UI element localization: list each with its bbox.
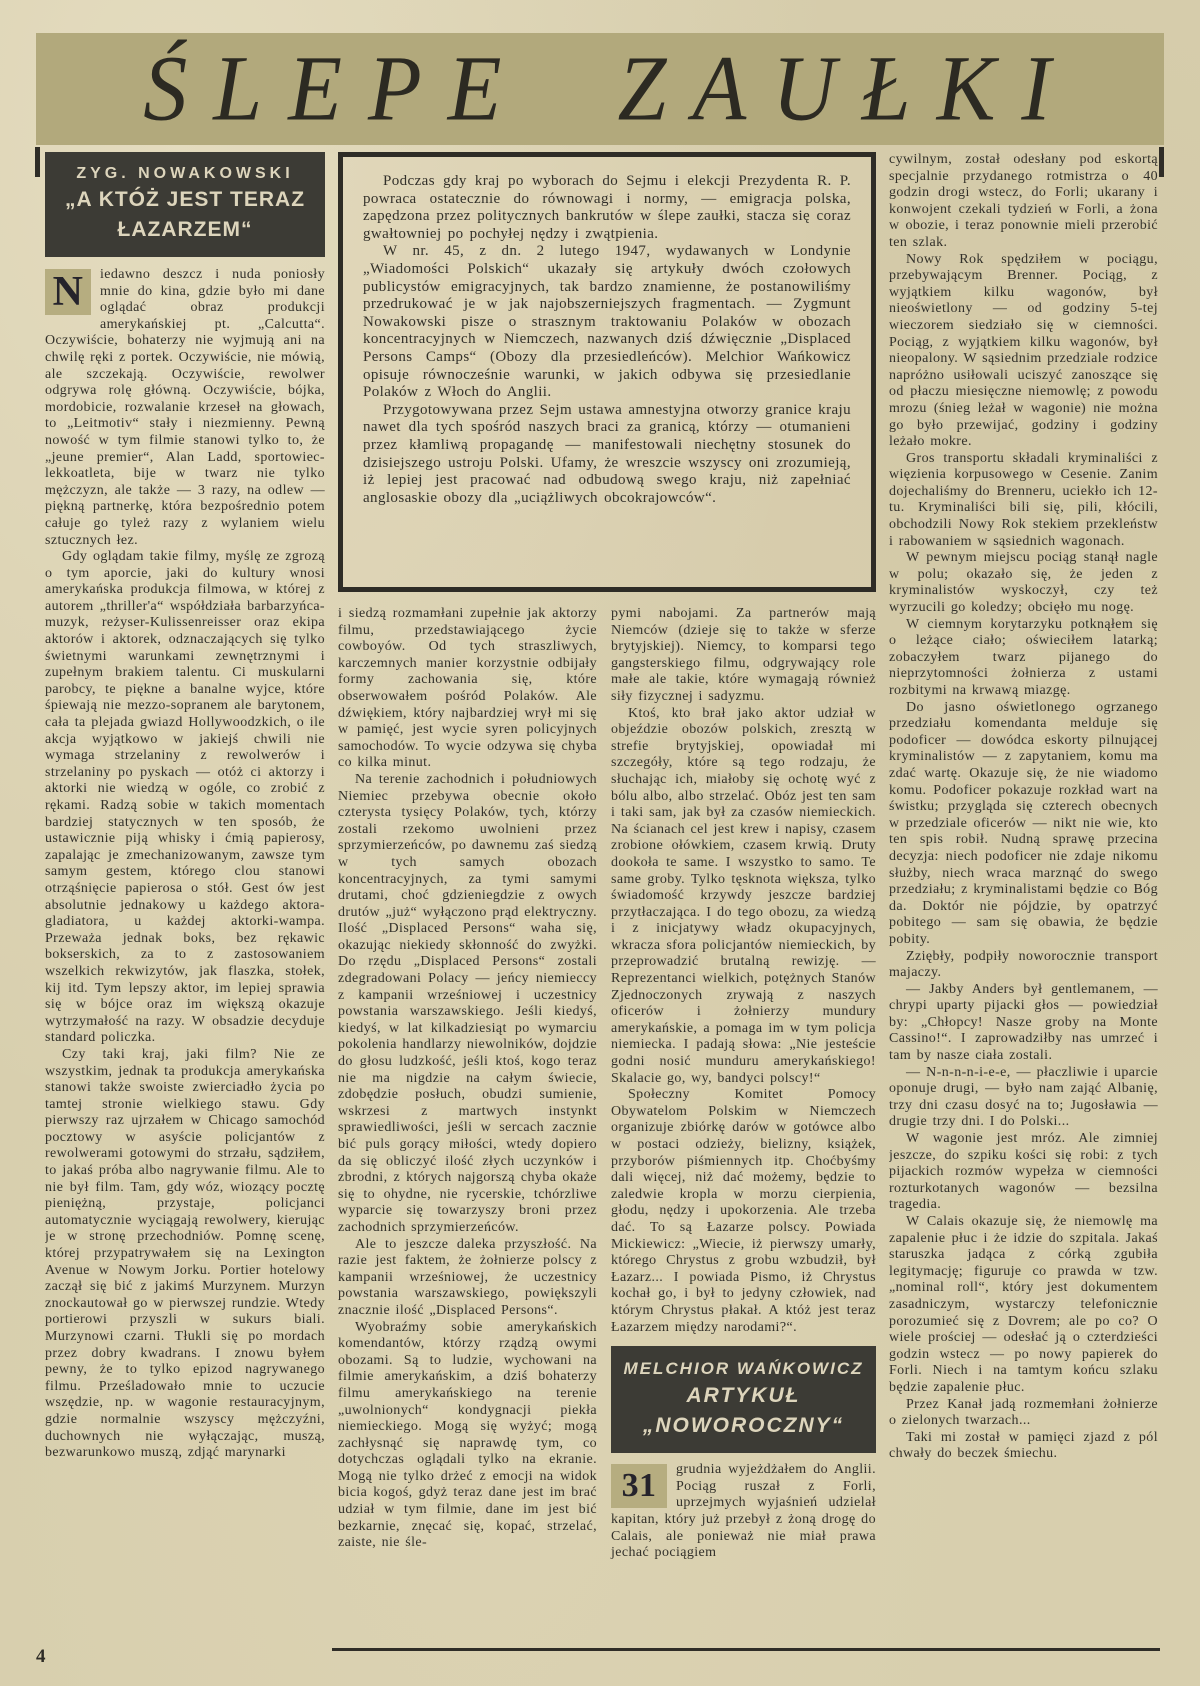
column-nowakowski: ZYG. NOWAKOWSKI „A KTÓŻ JEST TERAZ ŁAZAR…	[45, 152, 325, 1646]
paragraph: W Calais okazuje się, że niemowlę ma zap…	[889, 1214, 1158, 1397]
frame-tick-left	[35, 147, 40, 177]
bottom-rule	[332, 1648, 1160, 1651]
article-title-line: ARTYKUŁ	[617, 1383, 870, 1409]
paragraph: W wagonie jest mróz. Ale zimniej jeszcze…	[889, 1131, 1158, 1214]
frame-tick-right	[1159, 147, 1164, 177]
drop-cap-n: N	[45, 269, 91, 315]
page-number: 4	[36, 1646, 46, 1668]
editorial-intro-box: Podczas gdy kraj po wyborach do Sejmu i …	[338, 152, 876, 592]
column-three: pymi nabojami. Za partnerów mają Niemców…	[611, 606, 876, 1646]
column-two: i siedzą rozmamłani zupełnie jak aktorzy…	[338, 606, 597, 1646]
headline-box-nowakowski: ZYG. NOWAKOWSKI „A KTÓŻ JEST TERAZ ŁAZAR…	[45, 152, 325, 257]
paragraph: Do jasno oświetlonego ogrzanego przedzia…	[889, 700, 1158, 949]
paragraph: Nowy Rok spędziłem w pociągu, przebywają…	[889, 252, 1158, 451]
paragraph: Na terenie zachodnich i południowych Nie…	[338, 772, 597, 1237]
drop-cap-31: 31	[611, 1464, 667, 1508]
paragraph: Wyobraźmy sobie amerykańskich komendantó…	[338, 1320, 597, 1552]
article-content: ZYG. NOWAKOWSKI „A KTÓŻ JEST TERAZ ŁAZAR…	[45, 152, 1158, 1646]
paragraph: Ale to jeszcze daleka przyszłość. Na raz…	[338, 1237, 597, 1320]
paragraph: Taki mi został w pamięci zjazd z pól chw…	[889, 1430, 1158, 1463]
paragraph: Ktoś, kto brał jako aktor udział w objeź…	[611, 706, 876, 1088]
paragraph: Społeczny Komitet Pomocy Obywatelom Pols…	[611, 1087, 876, 1336]
middle-two-columns: i siedzą rozmamłani zupełnie jak aktorzy…	[338, 606, 876, 1646]
paragraph: — N-n-n-n-i-e-e, — płaczliwie i uparcie …	[889, 1065, 1158, 1131]
article-title-line: ŁAZARZEM“	[51, 217, 319, 243]
article-title-line: „NOWOROCZNY“	[617, 1413, 870, 1439]
paragraph: Gros transportu składali kryminaliści z …	[889, 451, 1158, 551]
page-title: ŚLEPE ZAUŁKI	[123, 35, 1076, 142]
paragraph: — Jakby Anders był gentlemanem, — chrypi…	[889, 982, 1158, 1065]
intro-paragraph: Przygotowywana przez Sejm ustawa amnesty…	[363, 402, 851, 508]
paragraph-with-dropcap: Niedawno deszcz i nuda poniosły mnie do …	[45, 267, 325, 549]
article-title-line: „A KTÓŻ JEST TERAZ	[51, 187, 319, 213]
article-author: MELCHIOR WAŃKOWICZ	[617, 1359, 870, 1379]
column-middle: Podczas gdy kraj po wyborach do Sejmu i …	[338, 152, 876, 1646]
newspaper-page: ŚLEPE ZAUŁKI ZYG. NOWAKOWSKI „A KTÓŻ JES…	[0, 0, 1200, 1686]
paragraph: Gdy oglądam takie filmy, myślę ze zgrozą…	[45, 549, 325, 1047]
paragraph: W pewnym miejscu pociąg stanął nagle w p…	[889, 550, 1158, 616]
paragraph: Czy taki kraj, jaki film? Nie ze wszystk…	[45, 1047, 325, 1462]
paragraph: W ciemnym korytarzyku potknąłem się o le…	[889, 617, 1158, 700]
paragraph-with-dropcap: 31grudnia wyjeżdżałem do Anglii. Pociąg …	[611, 1462, 876, 1562]
masthead-banner: ŚLEPE ZAUŁKI	[36, 33, 1164, 145]
headline-box-wankowicz: MELCHIOR WAŃKOWICZ ARTYKUŁ „NOWOROCZNY“	[611, 1346, 876, 1453]
intro-paragraph: Podczas gdy kraj po wyborach do Sejmu i …	[363, 173, 851, 243]
paragraph: Przez Kanał jadą rozmemłani żołnierze o …	[889, 1397, 1158, 1430]
column-right: cywilnym, został odesłany pod eskortą sp…	[889, 152, 1158, 1646]
paragraph: cywilnym, został odesłany pod eskortą sp…	[889, 152, 1158, 252]
paragraph: i siedzą rozmamłani zupełnie jak aktorzy…	[338, 606, 597, 772]
paragraph: Zziębły, podpiły noworocznie transport m…	[889, 949, 1158, 982]
intro-paragraph: W nr. 45, z dn. 2 lutego 1947, wydawanyc…	[363, 243, 851, 401]
article-author: ZYG. NOWAKOWSKI	[51, 165, 319, 183]
paragraph: pymi nabojami. Za partnerów mają Niemców…	[611, 606, 876, 706]
